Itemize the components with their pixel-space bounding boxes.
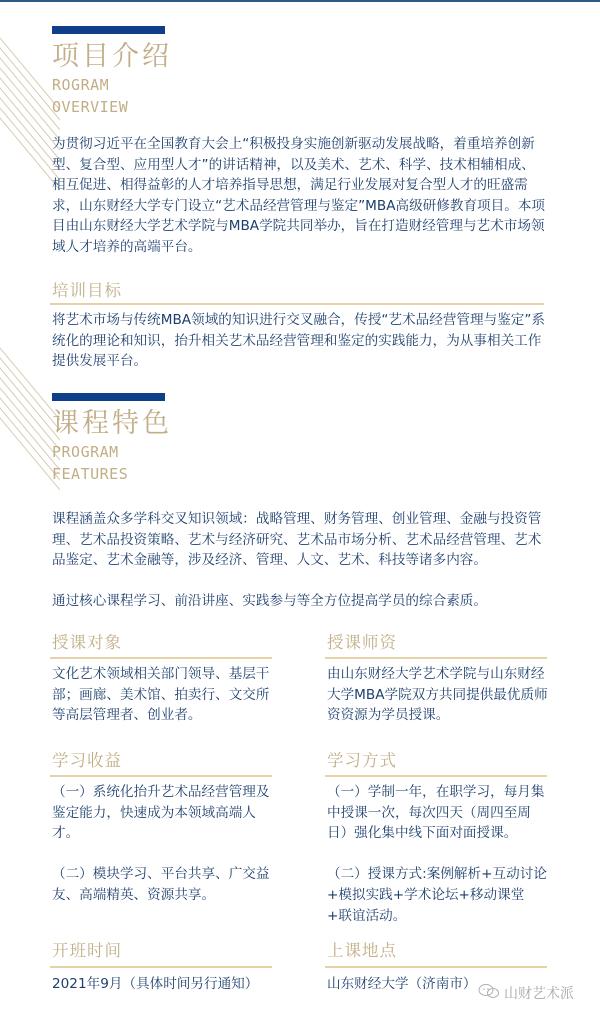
header-accent-bar [52,393,165,401]
start-time-divider [50,966,272,968]
study-mode-divider [325,775,547,777]
decorative-lines-top [0,0,60,230]
overview-subtitle-line1: ROGRAM [52,74,172,96]
features-title: 课程特色 [52,407,172,441]
faculty-text: 由山东财经大学艺术学院与山东财经大学MBA学院双方共同提供最优质师资资源为学员授… [327,664,549,726]
start-time-text: 2021年9月（具体时间另行通知） [52,974,274,995]
study-mode-item-2: （二）授课方式:案例解析+互动讨论+模拟实践+学术论坛+移动课堂+联谊活动。 [327,864,549,926]
benefits-item-2: （二）模块学习、平台共享、广交益友、高端精英、资源共享。 [52,864,274,905]
training-goal-title: 培训目标 [52,280,122,302]
overview-subtitle-line2: OVERVIEW [52,96,172,118]
audience-divider [50,657,272,659]
location-divider [325,966,547,968]
audience-title: 授课对象 [52,632,122,654]
features-paragraph-2: 通过核心课程学习、前沿讲座、实践参与等全方位提高学员的综合素质。 [52,591,548,612]
overview-paragraph: 为贯彻习近平在全国教育大会上“积极投身实施创新驱动发展战略，着重培养创新型、复合… [52,134,548,258]
features-subtitle-line2: FEATURES [52,463,172,485]
start-time-title: 开班时间 [52,940,122,962]
features-subtitle-line1: PROGRAM [52,441,172,463]
benefits-item-1: （一）系统化抬升艺术品经营管理及鉴定能力，快速成为本领域高端人才。 [52,782,274,844]
watermark: 山财艺术派 [478,983,574,1003]
benefits-divider [50,775,272,777]
features-paragraph-1: 课程涵盖众多学科交叉知识领域：战略管理、财务管理、创业管理、金融与投资管理、艺术… [52,509,548,571]
study-mode-item-1: （一）学制一年，在职学习，每月集中授课一次，每次四天（周四至周日）强化集中线下面… [327,782,549,844]
wechat-icon [478,983,500,1003]
overview-title: 项目介绍 [52,40,172,74]
study-mode-list: （一）学制一年，在职学习，每月集中授课一次，每次四天（周四至周日）强化集中线下面… [327,782,549,926]
location-title: 上课地点 [327,940,397,962]
watermark-text: 山财艺术派 [504,983,574,1003]
top-rule [0,0,600,2]
study-mode-title: 学习方式 [327,750,397,772]
header-accent-bar [52,26,165,34]
benefits-list: （一）系统化抬升艺术品经营管理及鉴定能力，快速成为本领域高端人才。 （二）模块学… [52,782,274,906]
decorative-lines-middle [0,330,60,490]
overview-header: 项目介绍 ROGRAM OVERVIEW [52,26,172,118]
faculty-title: 授课师资 [327,632,397,654]
training-goal-divider [50,303,544,305]
training-goal-paragraph: 将艺术市场与传统MBA领域的知识进行交叉融合，传授“艺术品经营管理与鉴定”系统化… [52,310,548,372]
audience-text: 文化艺术领域相关部门领导、基层干部；画廊、美术馆、拍卖行、文交所等高层管理者、创… [52,664,274,726]
faculty-divider [325,657,547,659]
features-header: 课程特色 PROGRAM FEATURES [52,393,172,485]
benefits-title: 学习收益 [52,750,122,772]
